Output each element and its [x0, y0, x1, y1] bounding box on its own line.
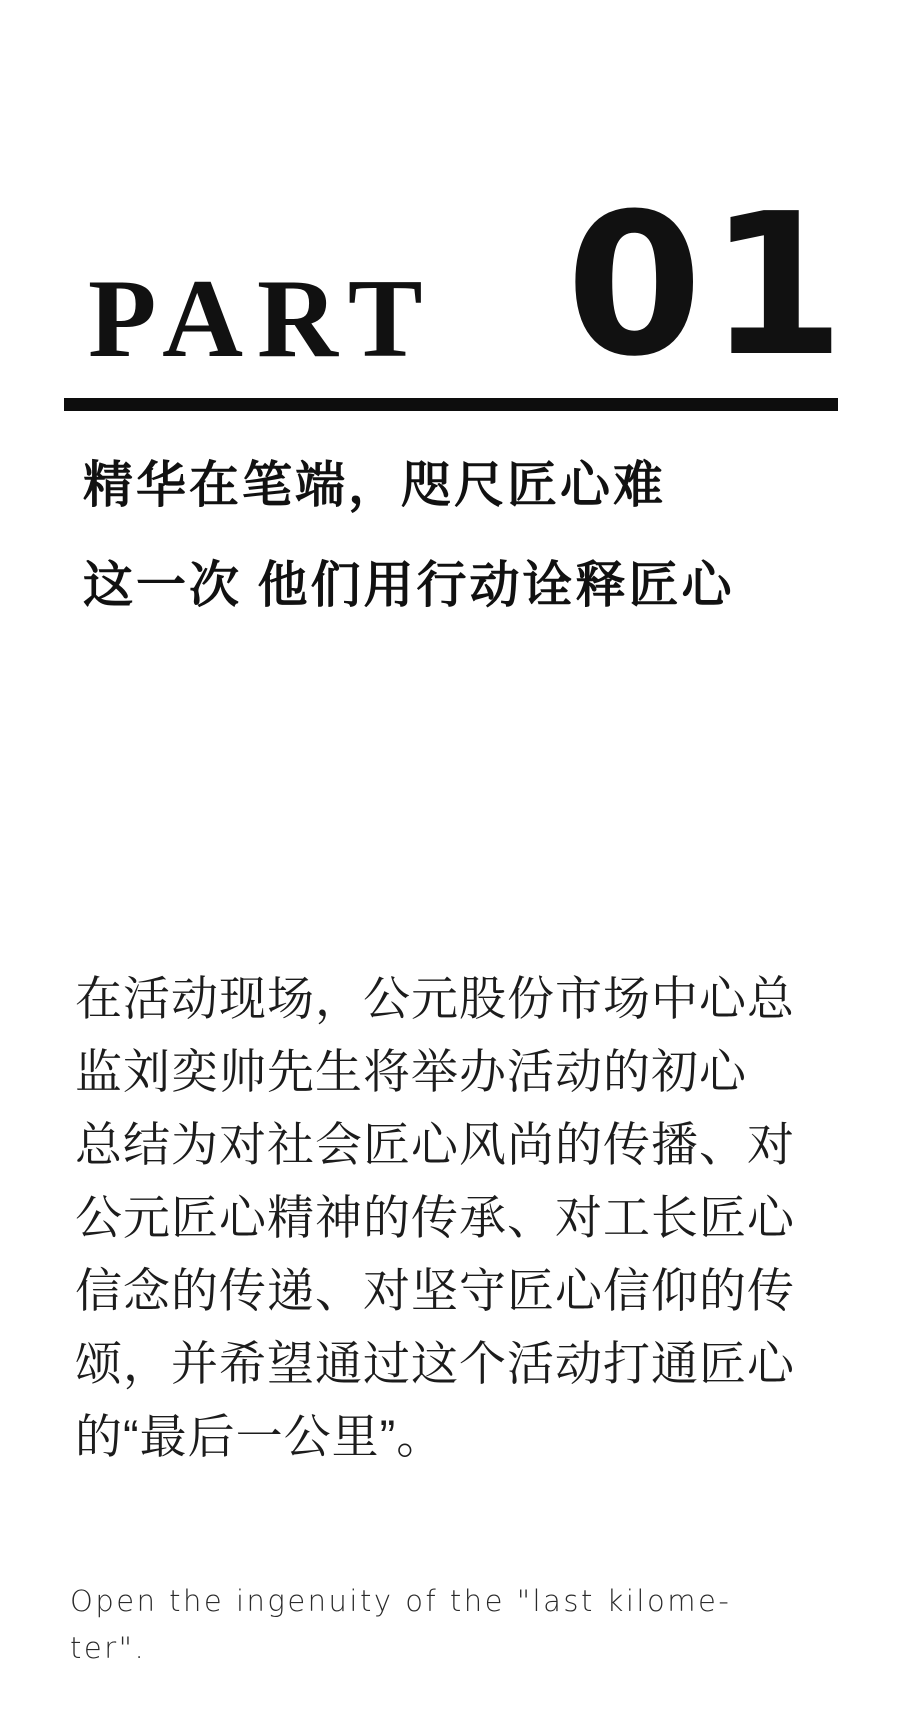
footer-line-1: Open the ingenuity of the "last kilome-	[70, 1578, 731, 1625]
body-line: 总结为对社会匠心风尚的传播、对	[75, 1108, 795, 1181]
section-headline: 精华在笔端，咫尺匠心难 这一次 他们用行动诠释匠心	[83, 455, 735, 615]
headline-line-1: 精华在笔端，咫尺匠心难	[83, 455, 735, 515]
body-line: 在活动现场，公元股份市场中心总	[75, 962, 795, 1035]
body-line: 颂，并希望通过这个活动打通匠心	[75, 1327, 795, 1400]
body-line: 信念的传递、对坚守匠心信仰的传	[75, 1254, 795, 1327]
body-line: 的“最后一公里”。	[75, 1400, 795, 1473]
body-line: 监刘奕帅先生将举办活动的初心	[75, 1035, 795, 1108]
part-label: PART	[88, 263, 437, 375]
article-page: PART 01 精华在笔端，咫尺匠心难 这一次 他们用行动诠释匠心 在活动现场，…	[0, 0, 900, 1727]
body-line: 公元匠心精神的传承、对工长匠心	[75, 1181, 795, 1254]
footer-line-2: ter".	[70, 1625, 731, 1672]
footer-caption: Open the ingenuity of the "last kilome- …	[70, 1578, 731, 1672]
divider-rule	[64, 398, 838, 411]
part-number: 01	[566, 188, 851, 384]
headline-line-2: 这一次 他们用行动诠释匠心	[83, 555, 735, 615]
body-paragraph: 在活动现场，公元股份市场中心总 监刘奕帅先生将举办活动的初心 总结为对社会匠心风…	[75, 962, 795, 1473]
